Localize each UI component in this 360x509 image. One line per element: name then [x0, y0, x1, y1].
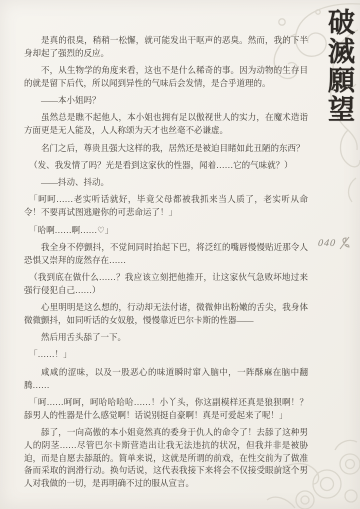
paragraph: 「呵……呵呵，呵哈哈哈哈……！小丫头，你这副模样还真是狼狈啊！？舔男人的性器是什… [24, 396, 308, 422]
body-text: 是真的很臭，稍稍一松懈，就可能发出干呕声的恶臭。然而，我的下半身却起了强烈的反应… [24, 34, 308, 494]
paragraph: （发、我发情了吗？光是看到这家伙的性器，闻着……它的气味就？） [24, 159, 308, 172]
paragraph: 我全身不停颤抖，不觉间同时抬起下巴，将泛红的嘴唇慢慢贴近那令人恐惧又崇拜的庞然存… [24, 241, 308, 267]
paragraph: 不，从生物学的角度来看，这也不是什么稀奇的事。因为动物的生存目的就是留下后代，所… [24, 64, 308, 90]
paragraph: 名门之后，尊贵且强大这样的我，居然还是被迫目睹如此丑陋的东西？ [24, 142, 308, 155]
page-number: 040 [317, 238, 336, 249]
paragraph: ——本小姐吗？ [24, 94, 308, 107]
paragraph: 然后用舌头舔了一下。 [24, 331, 308, 344]
paragraph: 是真的很臭，稍稍一松懈，就可能发出干呕声的恶臭。然而，我的下半身却起了强烈的反应… [24, 34, 308, 60]
chapter-title-vertical: 破滅願望 [325, 8, 352, 124]
paragraph: 虽然总是瞧不起他人，本小姐也拥有足以傲视世人的实力，在魔术造诣方面更是无人能及，… [24, 111, 308, 137]
paragraph: 「……！」 [24, 348, 308, 361]
leaf-flourish-icon [338, 236, 350, 250]
paragraph: 舔了，一向高傲的本小姐竟然真的委身于仇人的命令了！去舔了这种男人的阴茎……尽管巴… [24, 426, 308, 490]
paragraph: 「呵呵……老实听话就好，毕竟父母都被我抓来当人质了，老实听从命令！不要再试图逃避… [24, 193, 308, 219]
book-page: 破滅願望 040 是真的很臭，稍稍一松懈，就可能发出干呕声的恶臭。然而，我的下半… [0, 0, 360, 509]
paragraph: 「哈啊……啊……♡」 [24, 224, 308, 237]
paragraph: （我到底在做什么……？我应该立刻把他推开，让这家伙气急败坏地过来强行侵犯自己……… [24, 271, 308, 297]
page-number-block: 040 [318, 236, 350, 250]
paragraph: 心里明明是这么想的，行动却无法付诸，微微伸出粉嫩的舌尖，我身体微微颤抖，如同听话… [24, 301, 308, 327]
paragraph: ——抖动、抖动。 [24, 176, 308, 189]
paragraph: 咸咸的涩味，以及一股恶心的味道瞬时窜入脑中，一阵酥麻在脑中翻腾…… [24, 366, 308, 392]
